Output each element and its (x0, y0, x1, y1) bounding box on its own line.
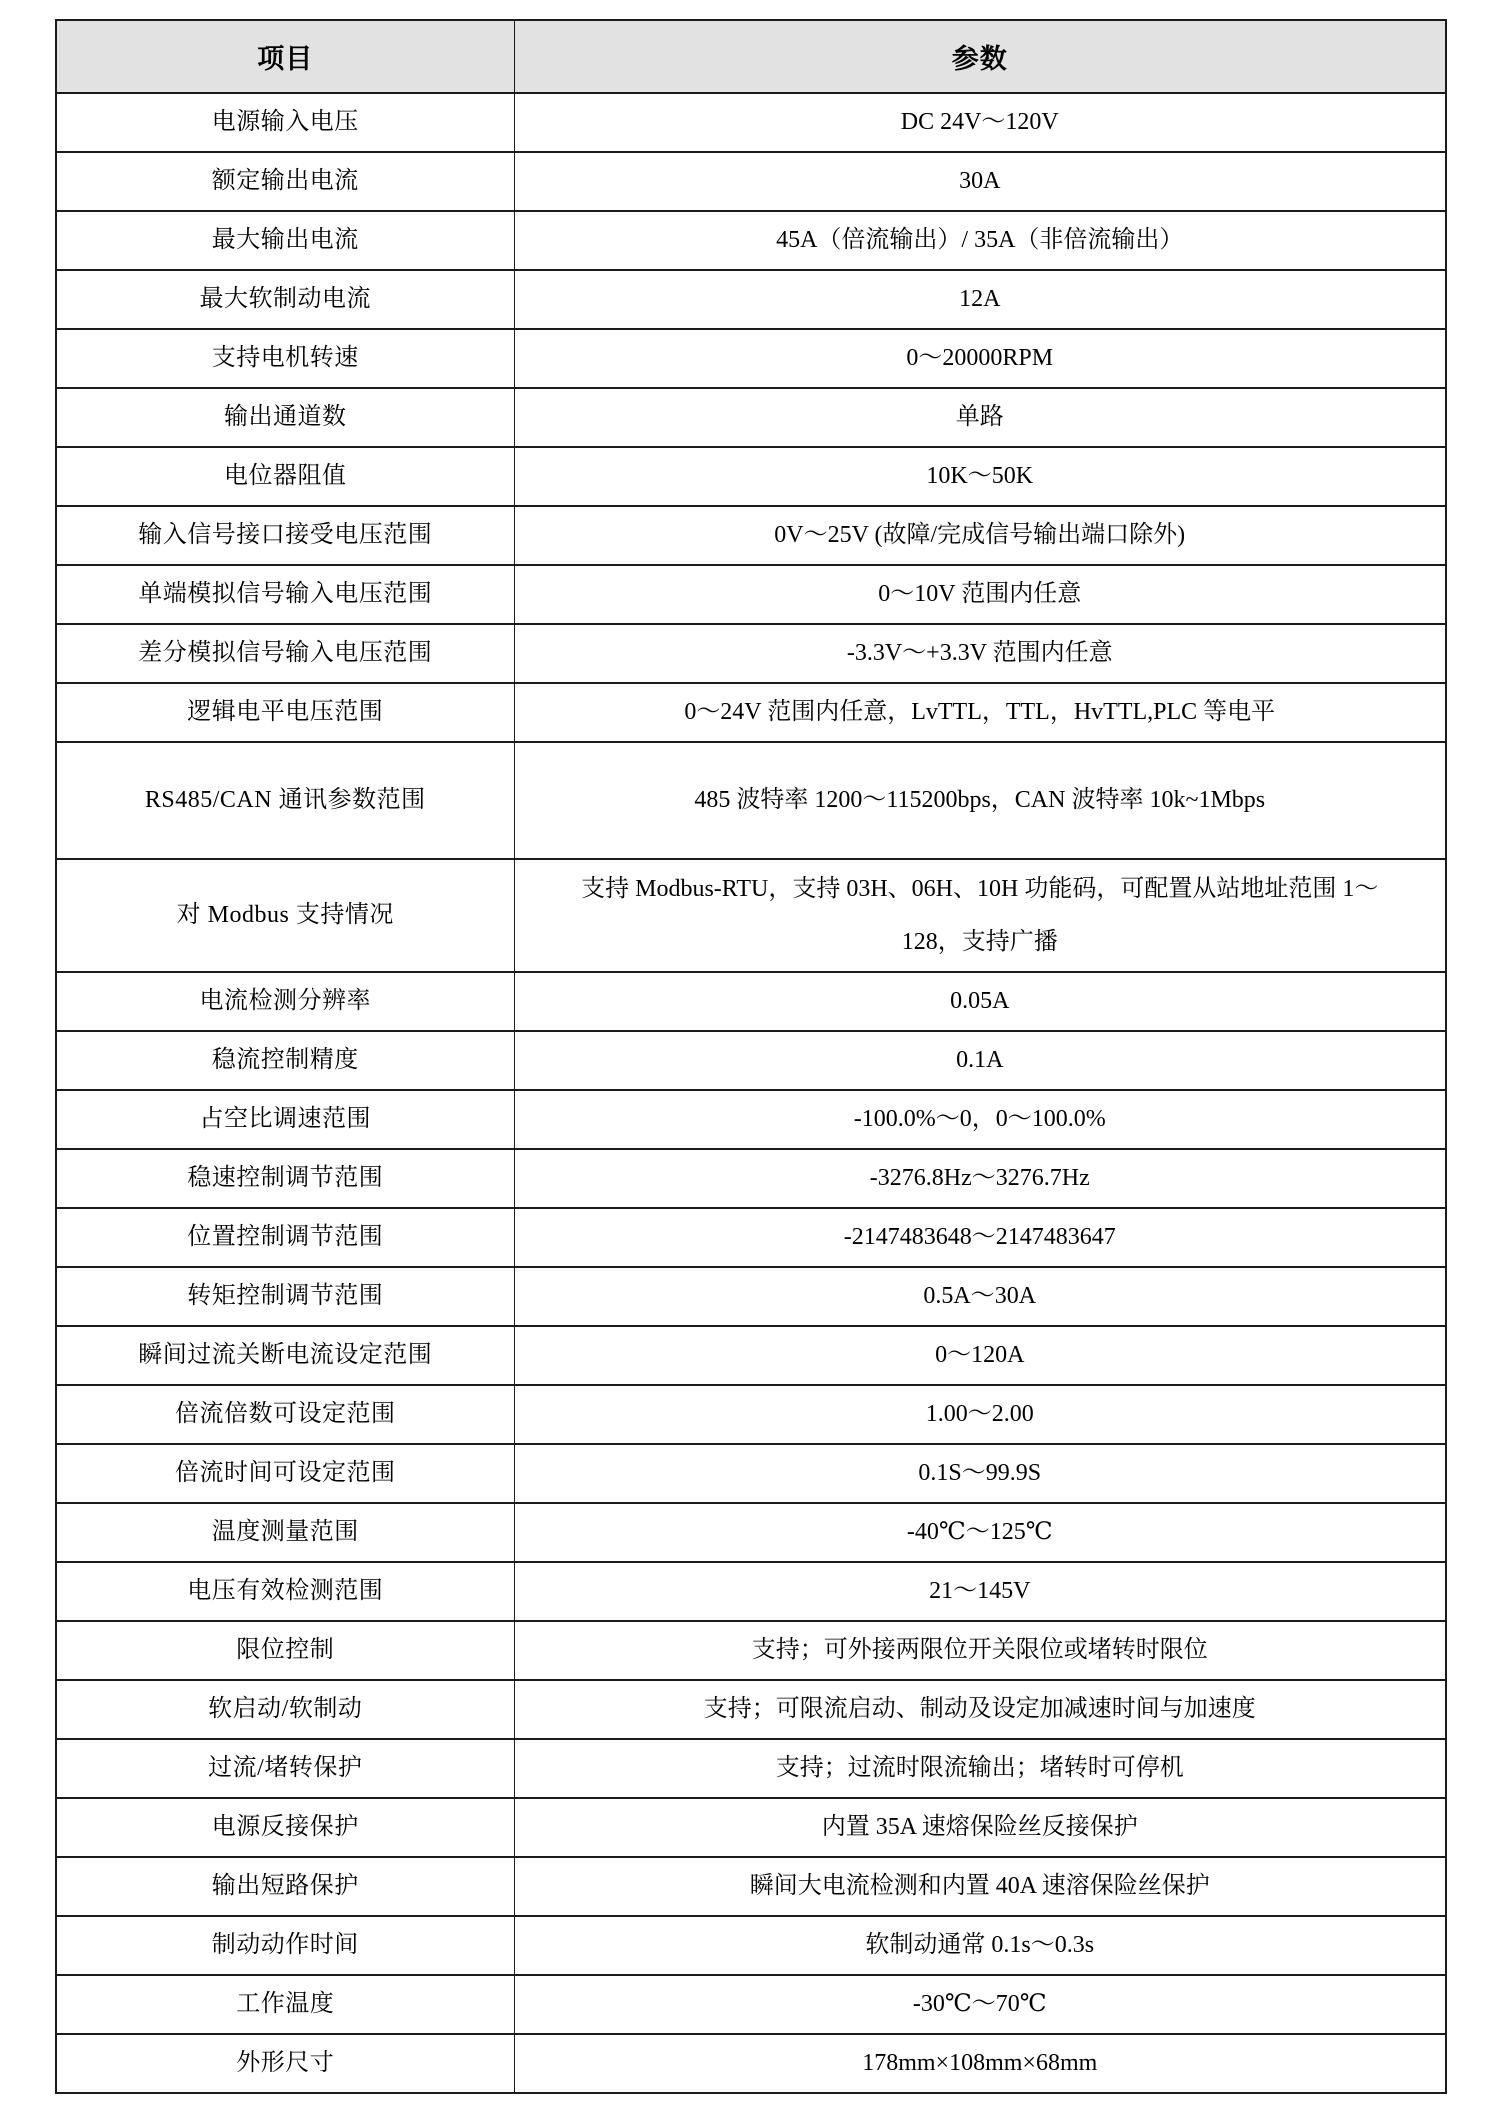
param-cell: 单路 (514, 388, 1446, 447)
spec-table-head: 项目 参数 (56, 20, 1446, 93)
item-cell: 输出短路保护 (56, 1857, 514, 1916)
param-cell: -100.0%～0，0～100.0% (514, 1090, 1446, 1149)
param-cell: 0.5A～30A (514, 1267, 1446, 1326)
param-cell: 12A (514, 270, 1446, 329)
table-row: 电流检测分辨率0.05A (56, 972, 1446, 1031)
table-row: 电源输入电压DC 24V～120V (56, 93, 1446, 152)
item-cell: RS485/CAN 通讯参数范围 (56, 742, 514, 859)
item-cell: 电压有效检测范围 (56, 1562, 514, 1621)
param-cell: 0～10V 范围内任意 (514, 565, 1446, 624)
table-row: 制动动作时间软制动通常 0.1s～0.3s (56, 1916, 1446, 1975)
table-row: 最大输出电流45A（倍流输出）/ 35A（非倍流输出） (56, 211, 1446, 270)
table-row: 温度测量范围-40℃～125℃ (56, 1503, 1446, 1562)
table-row: 单端模拟信号输入电压范围0～10V 范围内任意 (56, 565, 1446, 624)
param-cell: -30℃～70℃ (514, 1975, 1446, 2034)
table-row: 额定输出电流30A (56, 152, 1446, 211)
param-cell: DC 24V～120V (514, 93, 1446, 152)
item-cell: 电源输入电压 (56, 93, 514, 152)
item-cell: 输入信号接口接受电压范围 (56, 506, 514, 565)
table-row: 稳速控制调节范围-3276.8Hz～3276.7Hz (56, 1149, 1446, 1208)
table-row: 过流/堵转保护支持；过流时限流输出；堵转时可停机 (56, 1739, 1446, 1798)
param-cell: 0.1A (514, 1031, 1446, 1090)
item-cell: 温度测量范围 (56, 1503, 514, 1562)
item-cell: 软启动/软制动 (56, 1680, 514, 1739)
param-cell: 10K～50K (514, 447, 1446, 506)
param-cell: 0～20000RPM (514, 329, 1446, 388)
param-cell: 支持；可限流启动、制动及设定加减速时间与加速度 (514, 1680, 1446, 1739)
table-row: 转矩控制调节范围0.5A～30A (56, 1267, 1446, 1326)
item-cell: 转矩控制调节范围 (56, 1267, 514, 1326)
param-cell: -3.3V～+3.3V 范围内任意 (514, 624, 1446, 683)
table-row: 占空比调速范围-100.0%～0，0～100.0% (56, 1090, 1446, 1149)
param-cell: -40℃～125℃ (514, 1503, 1446, 1562)
param-cell: 支持 Modbus-RTU，支持 03H、06H、10H 功能码，可配置从站地址… (514, 859, 1446, 972)
table-row: 差分模拟信号输入电压范围-3.3V～+3.3V 范围内任意 (56, 624, 1446, 683)
table-row: 支持电机转速0～20000RPM (56, 329, 1446, 388)
table-row: 外形尺寸178mm×108mm×68mm (56, 2034, 1446, 2093)
item-cell: 瞬间过流关断电流设定范围 (56, 1326, 514, 1385)
table-row: 倍流倍数可设定范围1.00～2.00 (56, 1385, 1446, 1444)
item-cell: 限位控制 (56, 1621, 514, 1680)
table-row: 软启动/软制动支持；可限流启动、制动及设定加减速时间与加速度 (56, 1680, 1446, 1739)
param-cell: 30A (514, 152, 1446, 211)
param-cell: 0V～25V (故障/完成信号输出端口除外) (514, 506, 1446, 565)
item-cell: 额定输出电流 (56, 152, 514, 211)
header-row: 项目 参数 (56, 20, 1446, 93)
param-cell: 内置 35A 速熔保险丝反接保护 (514, 1798, 1446, 1857)
item-cell: 对 Modbus 支持情况 (56, 859, 514, 972)
item-cell: 工作温度 (56, 1975, 514, 2034)
item-cell: 倍流时间可设定范围 (56, 1444, 514, 1503)
item-cell: 稳流控制精度 (56, 1031, 514, 1090)
item-cell: 差分模拟信号输入电压范围 (56, 624, 514, 683)
table-row: 输入信号接口接受电压范围0V～25V (故障/完成信号输出端口除外) (56, 506, 1446, 565)
param-cell: 瞬间大电流检测和内置 40A 速溶保险丝保护 (514, 1857, 1446, 1916)
param-cell: -3276.8Hz～3276.7Hz (514, 1149, 1446, 1208)
item-cell: 制动动作时间 (56, 1916, 514, 1975)
table-row: 稳流控制精度0.1A (56, 1031, 1446, 1090)
param-cell: 0.1S～99.9S (514, 1444, 1446, 1503)
param-cell: 1.00～2.00 (514, 1385, 1446, 1444)
table-row: 电压有效检测范围21～145V (56, 1562, 1446, 1621)
item-cell: 支持电机转速 (56, 329, 514, 388)
param-cell: 支持；可外接两限位开关限位或堵转时限位 (514, 1621, 1446, 1680)
spec-table: 项目 参数 电源输入电压DC 24V～120V额定输出电流30A最大输出电流45… (55, 19, 1447, 2094)
param-cell: 0～24V 范围内任意，LvTTL，TTL，HvTTL,PLC 等电平 (514, 683, 1446, 742)
table-row: 输出通道数单路 (56, 388, 1446, 447)
item-cell: 输出通道数 (56, 388, 514, 447)
table-row: 逻辑电平电压范围0～24V 范围内任意，LvTTL，TTL，HvTTL,PLC … (56, 683, 1446, 742)
table-row: 对 Modbus 支持情况支持 Modbus-RTU，支持 03H、06H、10… (56, 859, 1446, 972)
param-cell: -2147483648～2147483647 (514, 1208, 1446, 1267)
param-cell: 485 波特率 1200～115200bps，CAN 波特率 10k~1Mbps (514, 742, 1446, 859)
table-row: 倍流时间可设定范围0.1S～99.9S (56, 1444, 1446, 1503)
param-cell: 0～120A (514, 1326, 1446, 1385)
item-cell: 倍流倍数可设定范围 (56, 1385, 514, 1444)
param-cell: 178mm×108mm×68mm (514, 2034, 1446, 2093)
item-cell: 最大软制动电流 (56, 270, 514, 329)
item-cell: 电位器阻值 (56, 447, 514, 506)
item-cell: 最大输出电流 (56, 211, 514, 270)
table-row: 位置控制调节范围-2147483648～2147483647 (56, 1208, 1446, 1267)
table-row: 电位器阻值10K～50K (56, 447, 1446, 506)
item-cell: 电源反接保护 (56, 1798, 514, 1857)
table-row: 电源反接保护内置 35A 速熔保险丝反接保护 (56, 1798, 1446, 1857)
table-row: RS485/CAN 通讯参数范围485 波特率 1200～115200bps，C… (56, 742, 1446, 859)
param-cell: 21～145V (514, 1562, 1446, 1621)
table-row: 瞬间过流关断电流设定范围0～120A (56, 1326, 1446, 1385)
param-cell: 45A（倍流输出）/ 35A（非倍流输出） (514, 211, 1446, 270)
spec-table-body: 电源输入电压DC 24V～120V额定输出电流30A最大输出电流45A（倍流输出… (56, 93, 1446, 2093)
item-cell: 外形尺寸 (56, 2034, 514, 2093)
item-cell: 位置控制调节范围 (56, 1208, 514, 1267)
table-row: 输出短路保护瞬间大电流检测和内置 40A 速溶保险丝保护 (56, 1857, 1446, 1916)
param-cell: 0.05A (514, 972, 1446, 1031)
param-cell: 支持；过流时限流输出；堵转时可停机 (514, 1739, 1446, 1798)
param-column-header: 参数 (514, 20, 1446, 93)
param-cell: 软制动通常 0.1s～0.3s (514, 1916, 1446, 1975)
table-row: 限位控制支持；可外接两限位开关限位或堵转时限位 (56, 1621, 1446, 1680)
item-cell: 电流检测分辨率 (56, 972, 514, 1031)
item-cell: 过流/堵转保护 (56, 1739, 514, 1798)
table-row: 最大软制动电流12A (56, 270, 1446, 329)
item-cell: 逻辑电平电压范围 (56, 683, 514, 742)
item-cell: 单端模拟信号输入电压范围 (56, 565, 514, 624)
item-cell: 稳速控制调节范围 (56, 1149, 514, 1208)
table-row: 工作温度-30℃～70℃ (56, 1975, 1446, 2034)
item-cell: 占空比调速范围 (56, 1090, 514, 1149)
item-column-header: 项目 (56, 20, 514, 93)
